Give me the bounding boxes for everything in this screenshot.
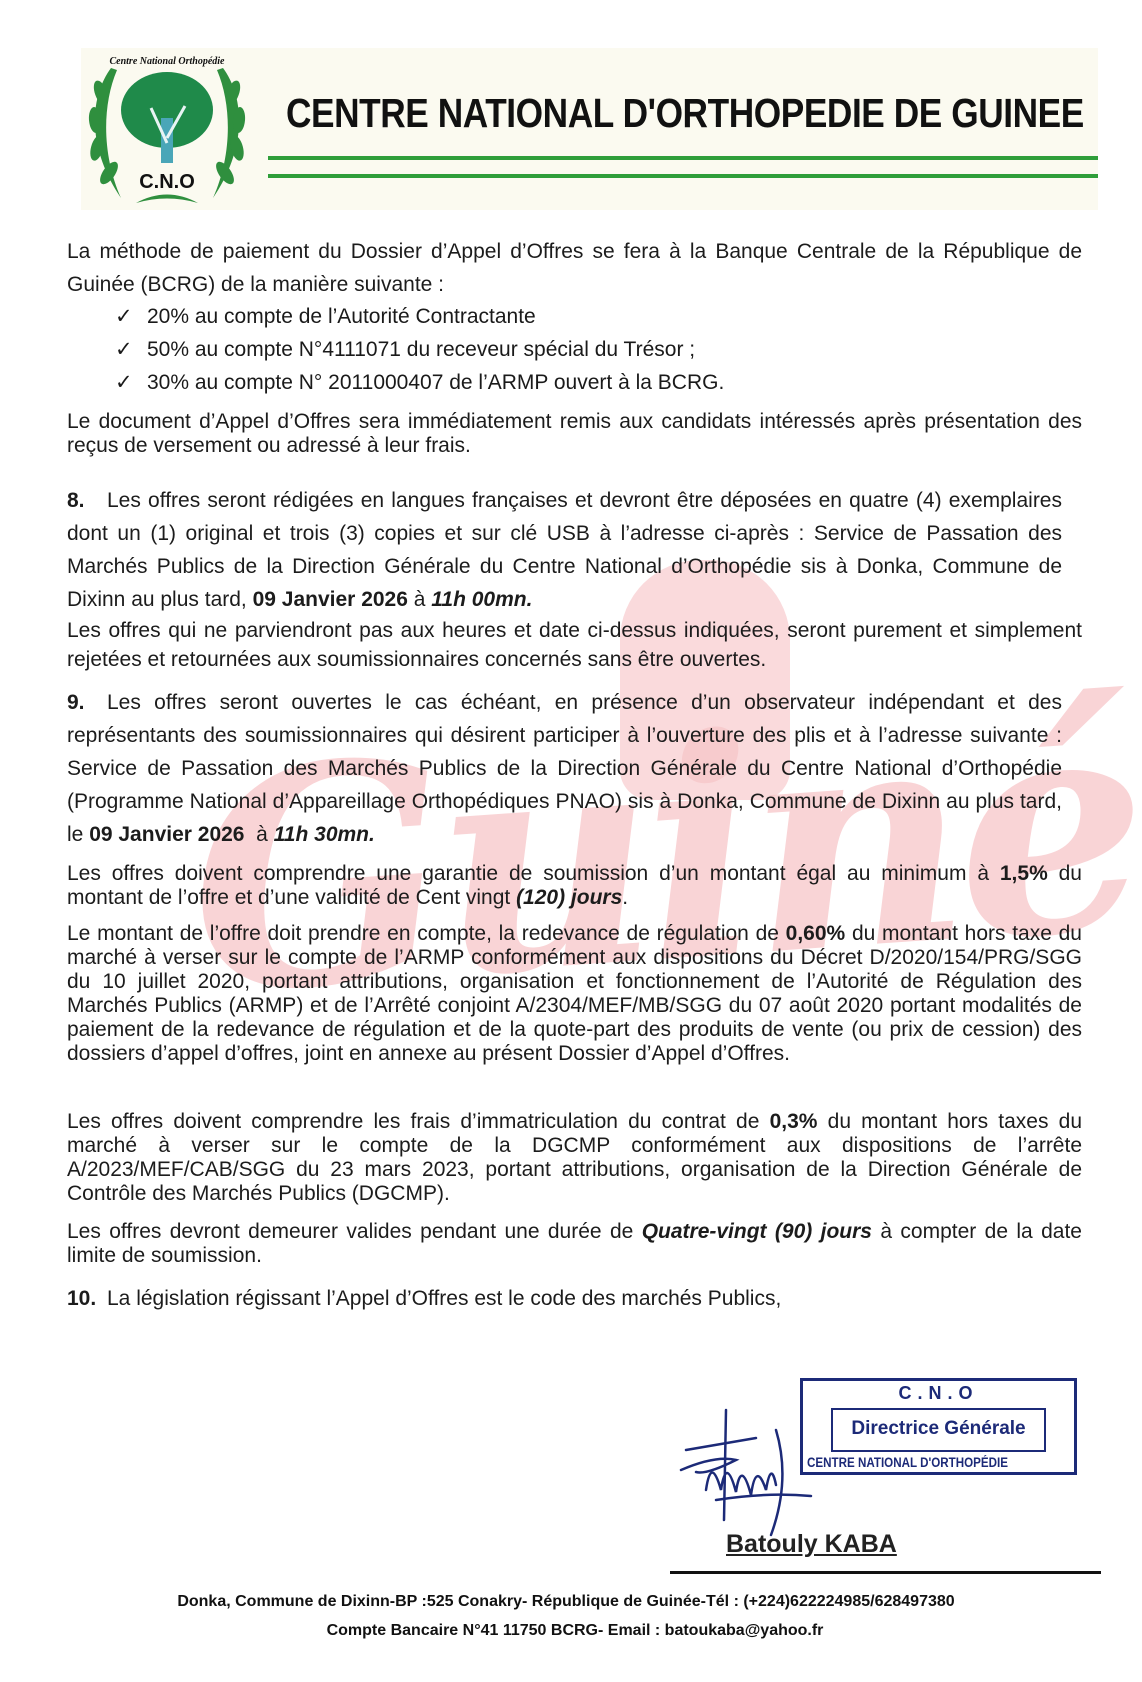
section-9: 9.Les offres seront ouvertes le cas éché…: [67, 686, 1062, 851]
delivery-paragraph: Le document d’Appel d’Offres sera immédi…: [67, 410, 1082, 458]
section-8-rejection: Les offres qui ne parviendront pas aux h…: [67, 616, 1082, 674]
section-10: 10.La législation régissant l’Appel d’Of…: [67, 1282, 1082, 1315]
registration-fee-paragraph: Les offres doivent comprendre les frais …: [67, 1110, 1082, 1206]
signer-name: Batouly KABA: [726, 1530, 897, 1559]
footer-bank-email: Compte Bancaire N°41 11750 BCRG- Email :…: [4, 1622, 1142, 1640]
footer-address: Donka, Commune de Dixinn-BP :525 Conakry…: [0, 1593, 1137, 1611]
section-number: 9.: [67, 686, 107, 719]
payment-intro: La méthode de paiement du Dossier d’Appe…: [67, 235, 1082, 301]
list-item: ✓30% au compte N° 2011000407 de l’ARMP o…: [115, 366, 724, 399]
header-rule: [268, 156, 1098, 160]
list-item: ✓50% au compte N°4111071 du receveur spé…: [115, 333, 724, 366]
letterhead: Centre National Orthopédie C.N.O CENTRE …: [81, 48, 1098, 210]
opening-time: 11h 30mn.: [274, 823, 375, 846]
regulation-fee-paragraph: Le montant de l’offre doit prendre en co…: [67, 922, 1082, 1066]
organization-title: CENTRE NATIONAL D'ORTHOPEDIE DE GUINEE: [286, 90, 983, 137]
svg-text:C.N.O: C.N.O: [139, 171, 195, 193]
checkmark-icon: ✓: [115, 333, 129, 366]
signature-icon: [676, 1400, 816, 1540]
guarantee-paragraph: Les offres doivent comprendre une garant…: [67, 862, 1082, 910]
document-page: Guinée Centre National O: [0, 0, 1142, 1682]
section-number: 10.: [67, 1282, 107, 1315]
svg-text:Centre National Orthopédie: Centre National Orthopédie: [109, 56, 225, 67]
validity-paragraph: Les offres devront demeurer valides pend…: [67, 1220, 1082, 1268]
section-8: 8.Les offres seront rédigées en langues …: [67, 484, 1062, 616]
opening-date: 09 Janvier 2026: [89, 823, 244, 846]
header-rule: [268, 174, 1098, 178]
deadline-date: 09 Janvier 2026: [253, 588, 408, 611]
section-number: 8.: [67, 484, 107, 517]
official-stamp: C.N.O Directrice Générale CENTRE NATIONA…: [800, 1378, 1077, 1475]
signature-rule: [670, 1571, 1101, 1574]
list-item: ✓20% au compte de l’Autorité Contractant…: [115, 300, 724, 333]
cno-logo-icon: Centre National Orthopédie C.N.O: [81, 48, 253, 210]
deadline-time: 11h 00mn.: [431, 588, 532, 611]
checkmark-icon: ✓: [115, 366, 129, 399]
payment-list: ✓20% au compte de l’Autorité Contractant…: [115, 300, 724, 399]
checkmark-icon: ✓: [115, 300, 129, 333]
